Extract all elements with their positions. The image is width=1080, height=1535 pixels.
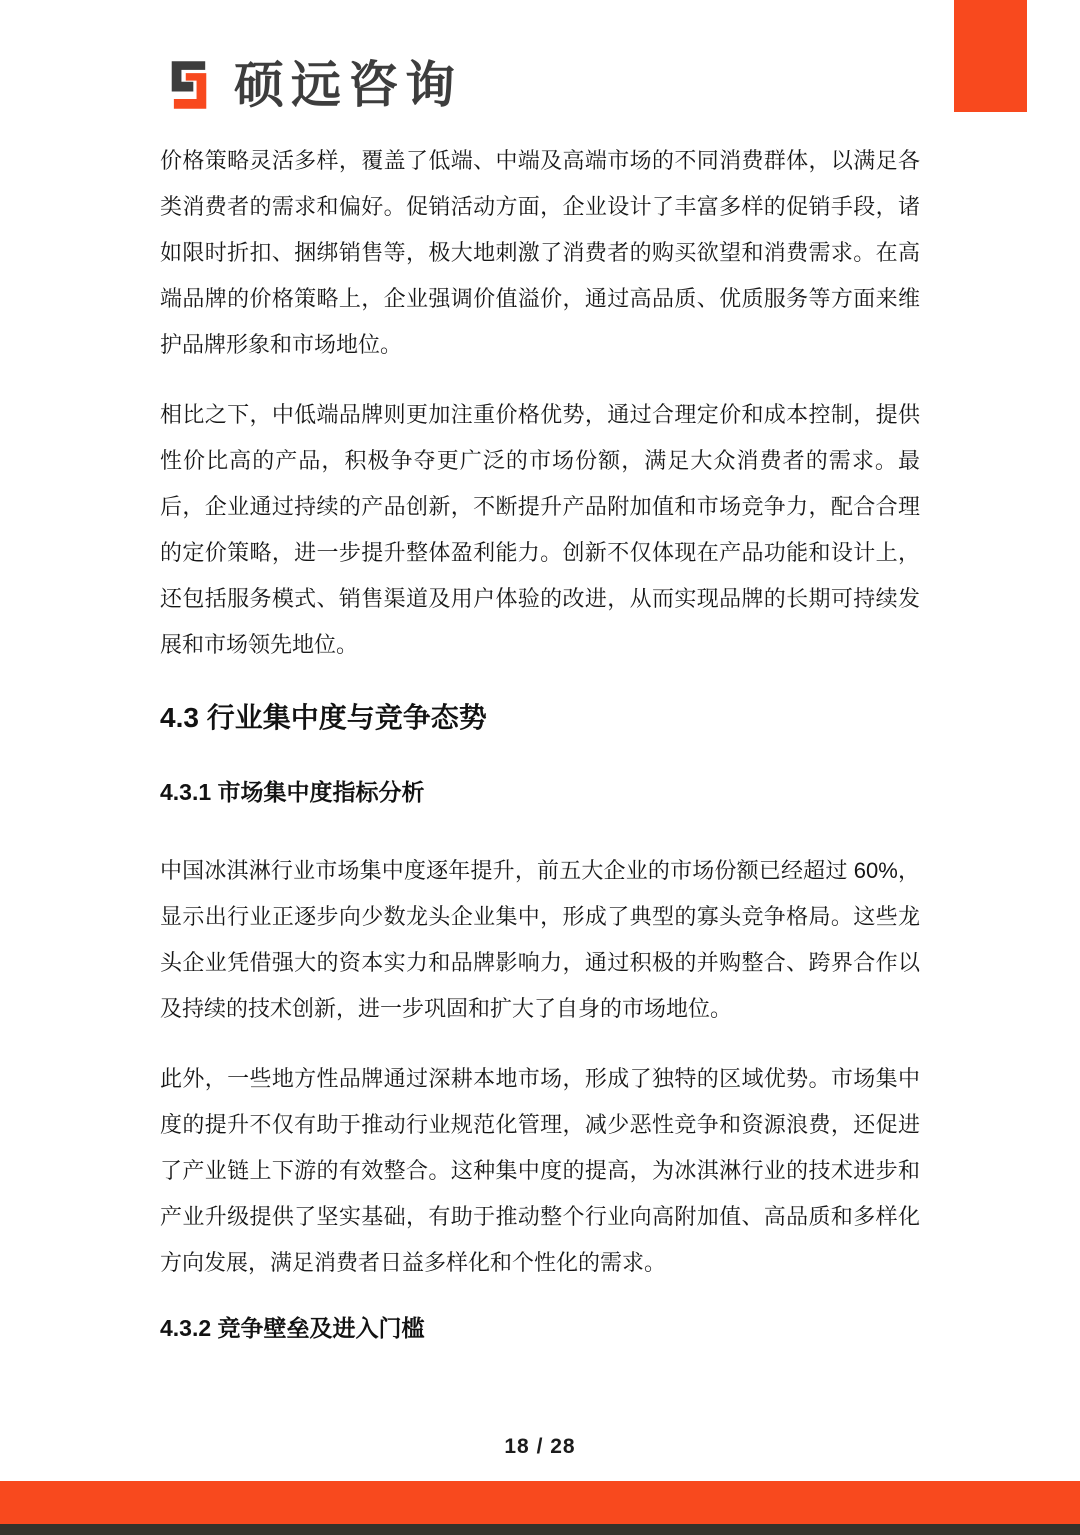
accent-corner-block [954,0,1027,112]
document-body: 价格策略灵活多样，覆盖了低端、中端及高端市场的不同消费群体，以满足各类消费者的需… [0,112,1080,1344]
brand-name: 硕远咨询 [234,60,462,110]
page-number: 18 / 28 [0,1435,1080,1459]
document-page: 硕远咨询 价格策略灵活多样，覆盖了低端、中端及高端市场的不同消费群体，以满足各类… [0,0,1080,1535]
subsection-heading-4-3-1: 4.3.1 市场集中度指标分析 [160,776,920,808]
subsection-heading-4-3-2: 4.3.2 竞争壁垒及进入门槛 [160,1312,920,1344]
section-heading-4-3: 4.3 行业集中度与竞争态势 [160,700,920,736]
footer-accent-bar [0,1481,1080,1524]
paragraph-pricing-strategy: 价格策略灵活多样，覆盖了低端、中端及高端市场的不同消费群体，以满足各类消费者的需… [160,138,920,368]
header: 硕远咨询 [0,0,1080,112]
paragraph-market-concentration: 中国冰淇淋行业市场集中度逐年提升，前五大企业的市场份额已经超过 60%，显示出行… [160,848,920,1032]
brand-logo: 硕远咨询 [160,58,920,112]
footer-dark-bar [0,1524,1080,1535]
paragraph-mid-low-end-brands: 相比之下，中低端品牌则更加注重价格优势，通过合理定价和成本控制，提供性价比高的产… [160,392,920,668]
brand-logo-icon [160,58,218,112]
paragraph-regional-brands: 此外，一些地方性品牌通过深耕本地市场，形成了独特的区域优势。市场集中度的提升不仅… [160,1056,920,1286]
